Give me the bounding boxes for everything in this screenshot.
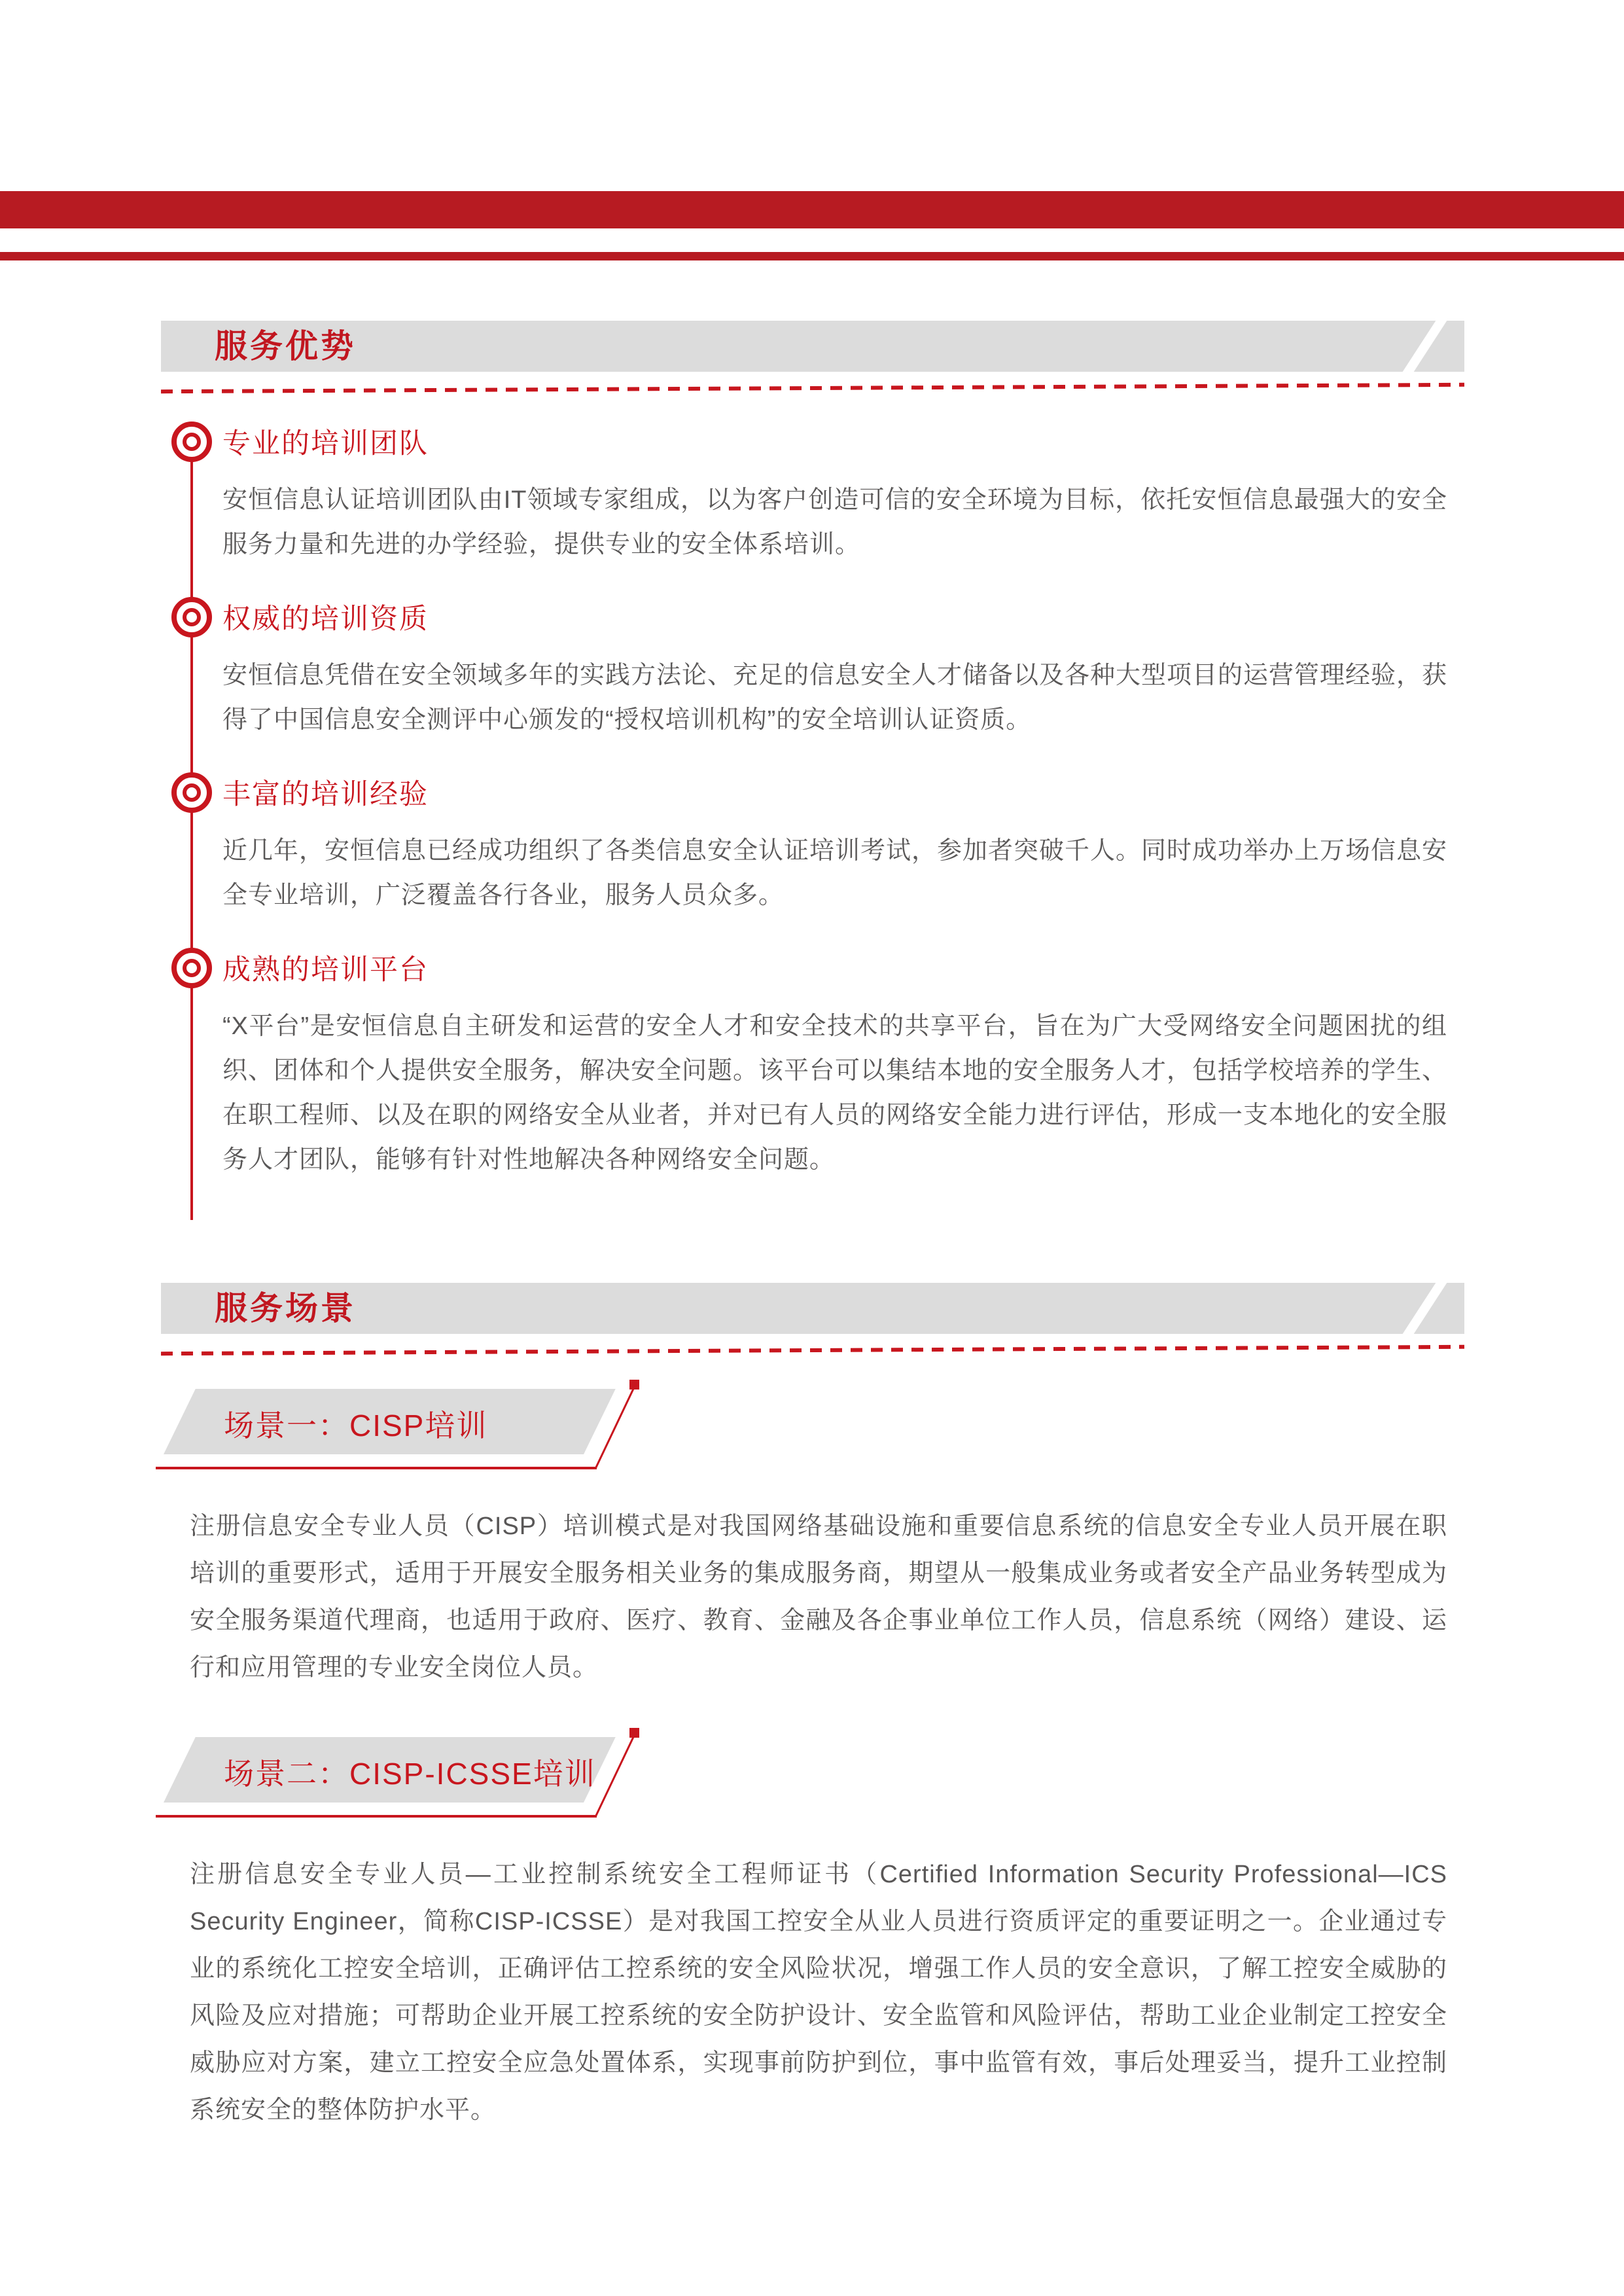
document-page: 服务优势 专业的培训团队 安恒信息认证培训团队由IT领域专家组成，以为客户创造可… bbox=[0, 0, 1624, 2296]
scenario-banner-1: 场景一：CISP培训 bbox=[161, 1389, 1464, 1473]
dashed-divider bbox=[161, 1345, 1464, 1355]
advantage-item: 成熟的培训平台 “X平台”是安恒信息自主研发和运营的安全人才和安全技术的共享平台… bbox=[161, 952, 1464, 1216]
top-bar-thin bbox=[0, 252, 1624, 260]
advantage-heading: 专业的培训团队 bbox=[222, 425, 1464, 462]
advantage-body: 近几年，安恒信息已经成功组织了各类信息安全认证培训考试，参加者突破千人。同时成功… bbox=[222, 829, 1464, 918]
scenario-banner-2: 场景二：CISP-ICSSE培训 bbox=[161, 1737, 1464, 1821]
advantage-item: 专业的培训团队 安恒信息认证培训团队由IT领域专家组成，以为客户创造可信的安全环… bbox=[161, 425, 1464, 601]
diagonal-square-icon bbox=[590, 1378, 645, 1475]
banner-slash-icon bbox=[1403, 321, 1447, 372]
content-column: 服务优势 专业的培训团队 安恒信息认证培训团队由IT领域专家组成，以为客户创造可… bbox=[161, 321, 1464, 2134]
advantage-heading: 丰富的培训经验 bbox=[222, 776, 1464, 813]
scenario-block: 场景一：CISP培训 注册信息安全专业人员（CISP）培训模式是对我国网络基础设… bbox=[161, 1389, 1464, 1691]
advantage-body: “X平台”是安恒信息自主研发和运营的安全人才和安全技术的共享平台，旨在为广大受网… bbox=[222, 1004, 1464, 1182]
section-title-scenarios: 服务场景 bbox=[215, 1283, 356, 1334]
scenario-underline bbox=[156, 1815, 597, 1818]
advantage-heading: 成熟的培训平台 bbox=[222, 952, 1464, 988]
scenario-label: 场景一：CISP培训 bbox=[224, 1402, 487, 1445]
advantage-body: 安恒信息凭借在安全领域多年的实践方法论、充足的信息安全人才储备以及各种大型项目的… bbox=[222, 653, 1464, 742]
scenario-label: 场景二：CISP-ICSSE培训 bbox=[224, 1750, 596, 1793]
target-bullet-icon bbox=[170, 596, 213, 642]
top-bar-thick bbox=[0, 191, 1624, 228]
target-bullet-icon bbox=[170, 946, 213, 993]
dashed-divider bbox=[161, 383, 1464, 393]
advantages-list: 专业的培训团队 安恒信息认证培训团队由IT领域专家组成，以为客户创造可信的安全环… bbox=[161, 425, 1464, 1220]
advantage-item: 权威的培训资质 安恒信息凭借在安全领域多年的实践方法论、充足的信息安全人才储备以… bbox=[161, 601, 1464, 776]
scenario-block: 场景二：CISP-ICSSE培训 注册信息安全专业人员—工业控制系统安全工程师证… bbox=[161, 1737, 1464, 2134]
section-banner-advantages: 服务优势 bbox=[161, 321, 1464, 372]
scenario-body: 注册信息安全专业人员（CISP）培训模式是对我国网络基础设施和重要信息系统的信息… bbox=[161, 1503, 1464, 1691]
target-bullet-icon bbox=[170, 420, 213, 467]
banner-slash-icon bbox=[1403, 1283, 1447, 1334]
section-banner-scenarios: 服务场景 bbox=[161, 1283, 1464, 1334]
scenario-underline bbox=[156, 1467, 597, 1469]
advantage-body: 安恒信息认证培训团队由IT领域专家组成，以为客户创造可信的安全环境为目标，依托安… bbox=[222, 478, 1464, 567]
diagonal-square-icon bbox=[590, 1727, 645, 1823]
scenario-body: 注册信息安全专业人员—工业控制系统安全工程师证书（Certified Infor… bbox=[161, 1851, 1464, 2134]
section-title-advantages: 服务优势 bbox=[215, 321, 356, 372]
advantage-item: 丰富的培训经验 近几年，安恒信息已经成功组织了各类信息安全认证培训考试，参加者突… bbox=[161, 776, 1464, 952]
advantage-heading: 权威的培训资质 bbox=[222, 601, 1464, 637]
target-bullet-icon bbox=[170, 771, 213, 817]
